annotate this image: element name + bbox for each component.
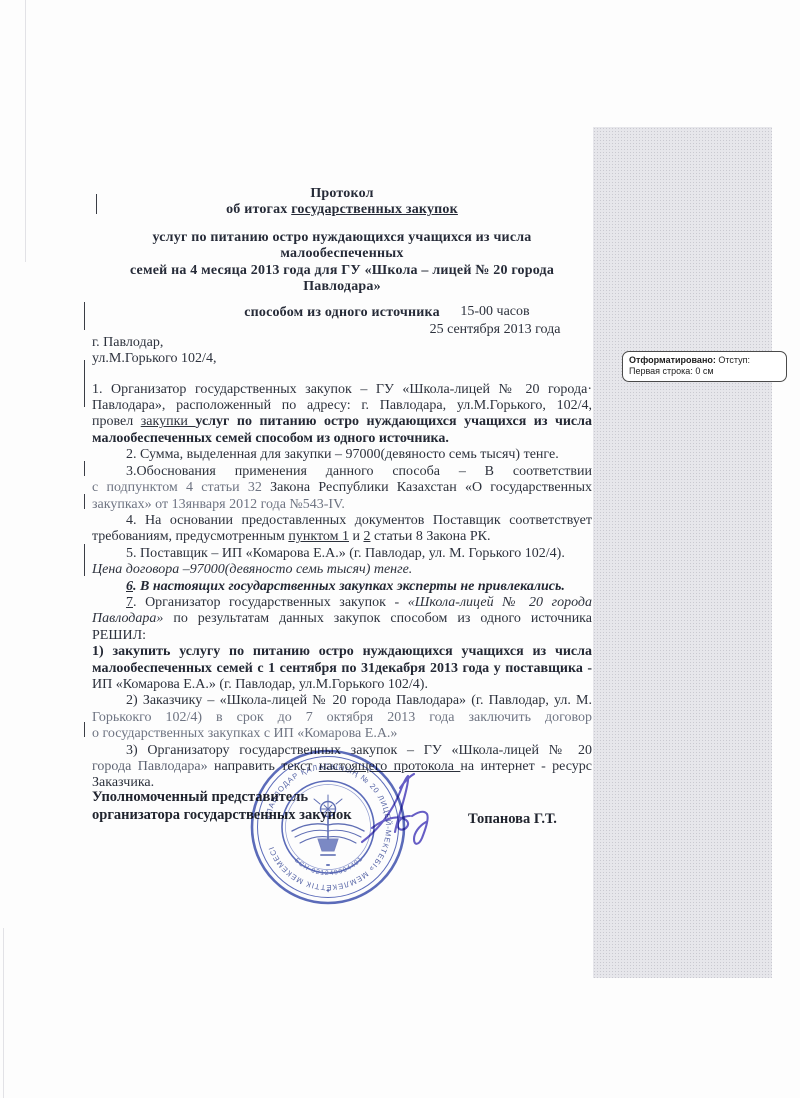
place-line: ул.М.Горького 102/4, bbox=[92, 351, 592, 367]
body-line: 4. На основании предоставленных документ… bbox=[92, 513, 592, 529]
doc-subject-line: услуг по питанию остро нуждающихся учащи… bbox=[92, 230, 592, 263]
body-line: Павлодара» по результатам данных закупок… bbox=[92, 611, 592, 627]
body-line: 2) Заказчику – «Школа-лицей № 20 города … bbox=[92, 693, 592, 709]
body-line: 1) закупить услугу по питанию остро нужд… bbox=[92, 644, 592, 660]
revision-bar bbox=[84, 360, 85, 407]
word-markup-margin-texture bbox=[593, 127, 772, 978]
revision-bar bbox=[84, 494, 85, 509]
revision-bar bbox=[84, 461, 85, 476]
place-line: г. Павлодар, bbox=[92, 335, 592, 351]
comment-label: Отформатировано: bbox=[629, 355, 716, 365]
body-line: закупках» от 13января 2012 года №543-IV. bbox=[92, 497, 592, 513]
body-line: 6. В настоящих государственных закупках … bbox=[92, 579, 592, 595]
body-line: РЕШИЛ: bbox=[92, 628, 592, 644]
seal-divider-mark: ✦ bbox=[325, 887, 331, 895]
scanned-document-page: Отформатировано: Отступ: Первая строка: … bbox=[0, 0, 800, 1098]
body-line: ИП «Комарова Е.А.» (г. Павлодар, ул.М.Го… bbox=[92, 677, 592, 693]
revision-bar bbox=[84, 722, 85, 737]
body-line: малообеспеченных семей с 1 сентября по 3… bbox=[92, 661, 592, 677]
body-line: 2. Сумма, выделенная для закупки – 97000… bbox=[92, 447, 592, 463]
doc-title-line: об итогах государственных закупок bbox=[92, 202, 592, 218]
body-line: Цена договора –97000(девяносто семь тыся… bbox=[92, 562, 592, 578]
body-line: провел закупки услуг по питанию остро ну… bbox=[92, 414, 592, 430]
body-line: малообеспеченных семей способом из одног… bbox=[92, 431, 592, 447]
body-line: с подпунктом 4 статьи 32 Закона Республи… bbox=[92, 480, 592, 496]
handwritten-signature bbox=[350, 758, 500, 868]
body-line: 3.Обоснования применения данного способа… bbox=[92, 464, 592, 480]
body-line: Горькокго 102/4) в срок до 7 октября 201… bbox=[92, 710, 592, 726]
body-line: 7. Организатор государственных закупок -… bbox=[92, 595, 592, 611]
scan-edge-line bbox=[25, 0, 26, 262]
revision-bar bbox=[84, 302, 85, 330]
document-text-column: Протокол об итогах государственных закуп… bbox=[92, 186, 592, 792]
doc-title-line: Протокол bbox=[92, 186, 592, 202]
body-line: 1. Организатор государственных закупок –… bbox=[92, 382, 592, 398]
body-line: 5. Поставщик – ИП «Комарова Е.А.» (г. Па… bbox=[92, 546, 592, 562]
body-line: Павлодара», расположенный по адресу: г. … bbox=[92, 398, 592, 414]
body-line: о государственных закупках с ИП «Комаров… bbox=[92, 726, 592, 742]
scan-edge-line bbox=[3, 928, 4, 1098]
revision-bar bbox=[84, 544, 85, 576]
doc-subject-line: семей на 4 месяца 2013 года для ГУ «Школ… bbox=[92, 263, 592, 296]
tracked-change-comment-box[interactable]: Отформатировано: Отступ: Первая строка: … bbox=[622, 351, 787, 382]
body-line: требованиям, предусмотренным пунктом 1 и… bbox=[92, 529, 592, 545]
doc-method-line: способом из одного источника bbox=[92, 305, 592, 321]
